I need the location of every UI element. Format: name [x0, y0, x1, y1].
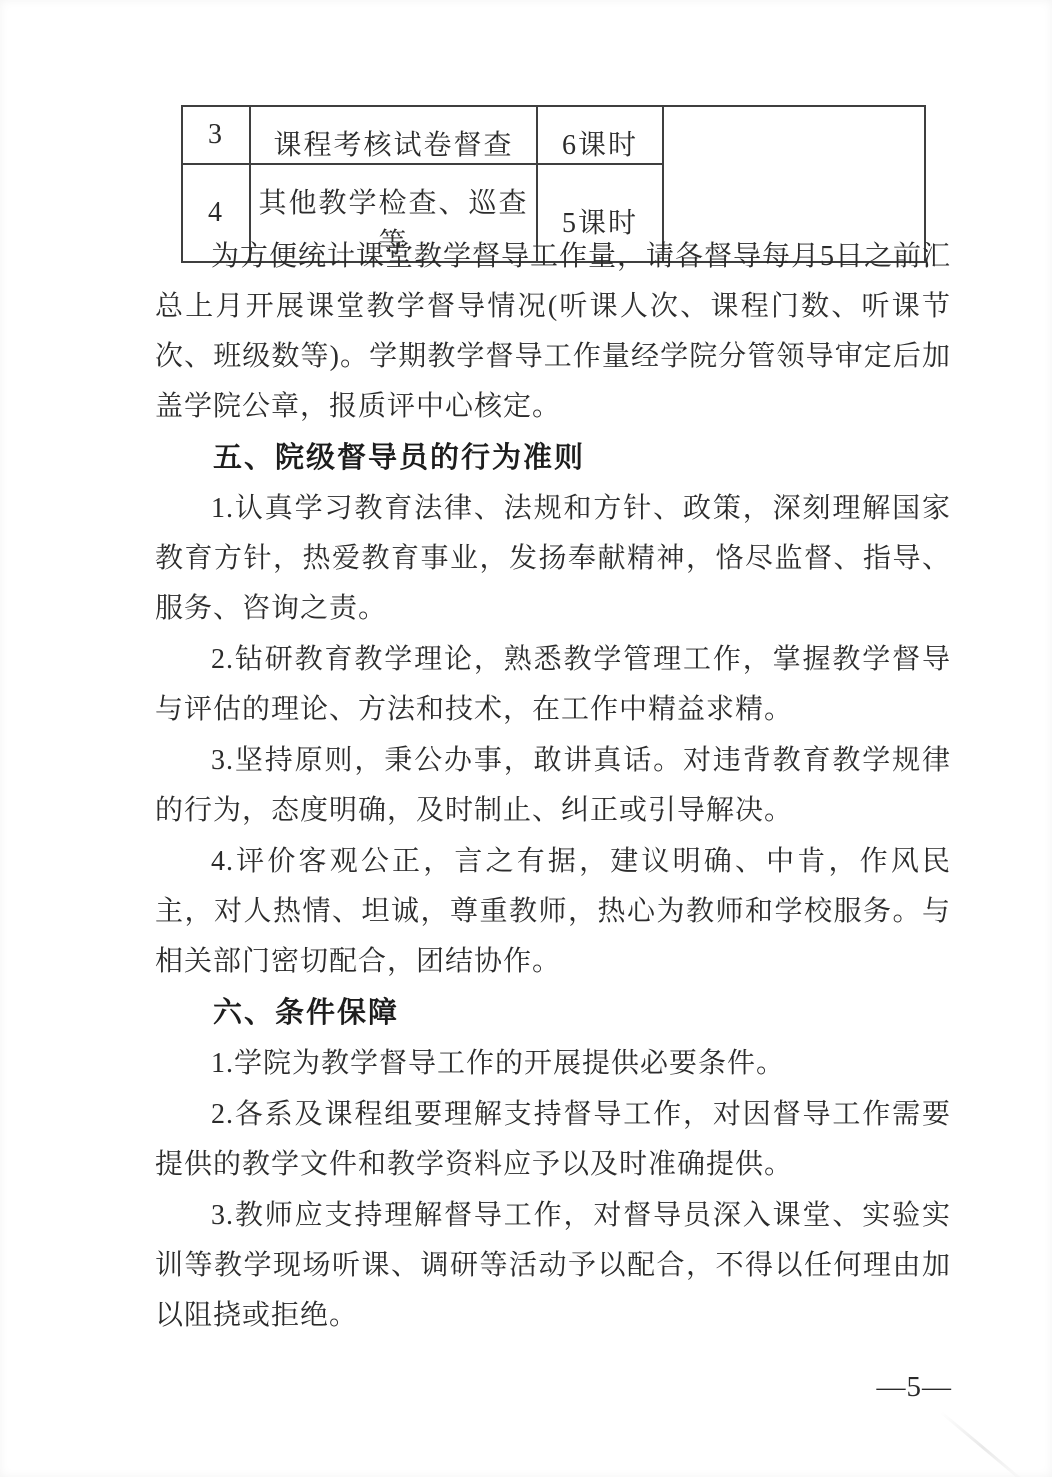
section5-item: 1.认真学习教育法律、法规和方针、政策，深刻理解国家教育方针，热爱教育事业，发扬…: [155, 484, 951, 634]
section5-item: 2.钻研教育教学理论，熟悉教学管理工作，掌握教学督导与评估的理论、方法和技术，在…: [155, 635, 951, 735]
paragraph-intro: 为方便统计课堂教学督导工作量，请各督导每月5日之前汇总上月开展课堂教学督导情况(…: [155, 232, 951, 432]
section5-item: 4.评价客观公正，言之有据，建议明确、中肯，作风民主，对人热情、坦诚，尊重教师，…: [155, 837, 951, 987]
scan-artifact: [940, 1411, 1026, 1477]
section-heading-6: 六、条件保障: [155, 988, 951, 1038]
section-heading-5: 五、院级督导员的行为准则: [155, 433, 951, 483]
scanned-document-page: 3 课程考核试卷督查 6课时 4 其他教学检查、巡查等 5课时 为方便统计课堂教…: [0, 0, 1052, 1477]
section6-item: 3.教师应支持理解督导工作，对督导员深入课堂、实验实训等教学现场听课、调研等活动…: [155, 1191, 951, 1341]
section6-item: 1.学院为教学督导工作的开展提供必要条件。: [155, 1039, 951, 1089]
table-row: 3 课程考核试卷督查 6课时: [182, 106, 925, 164]
work-item-cell: 课程考核试卷督查: [250, 106, 537, 164]
page-number: —5—: [877, 1371, 953, 1404]
document-body: 为方便统计课堂教学督导工作量，请各督导每月5日之前汇总上月开展课堂教学督导情况(…: [155, 232, 951, 1342]
hours-cell: 6课时: [537, 106, 663, 164]
section6-item: 2.各系及课程组要理解支持督导工作，对因督导工作需要提供的教学文件和教学资料应予…: [155, 1090, 951, 1190]
row-number-cell: 3: [182, 106, 250, 164]
section5-item: 3.坚持原则，秉公办事，敢讲真话。对违背教育教学规律的行为，态度明确，及时制止、…: [155, 736, 951, 836]
